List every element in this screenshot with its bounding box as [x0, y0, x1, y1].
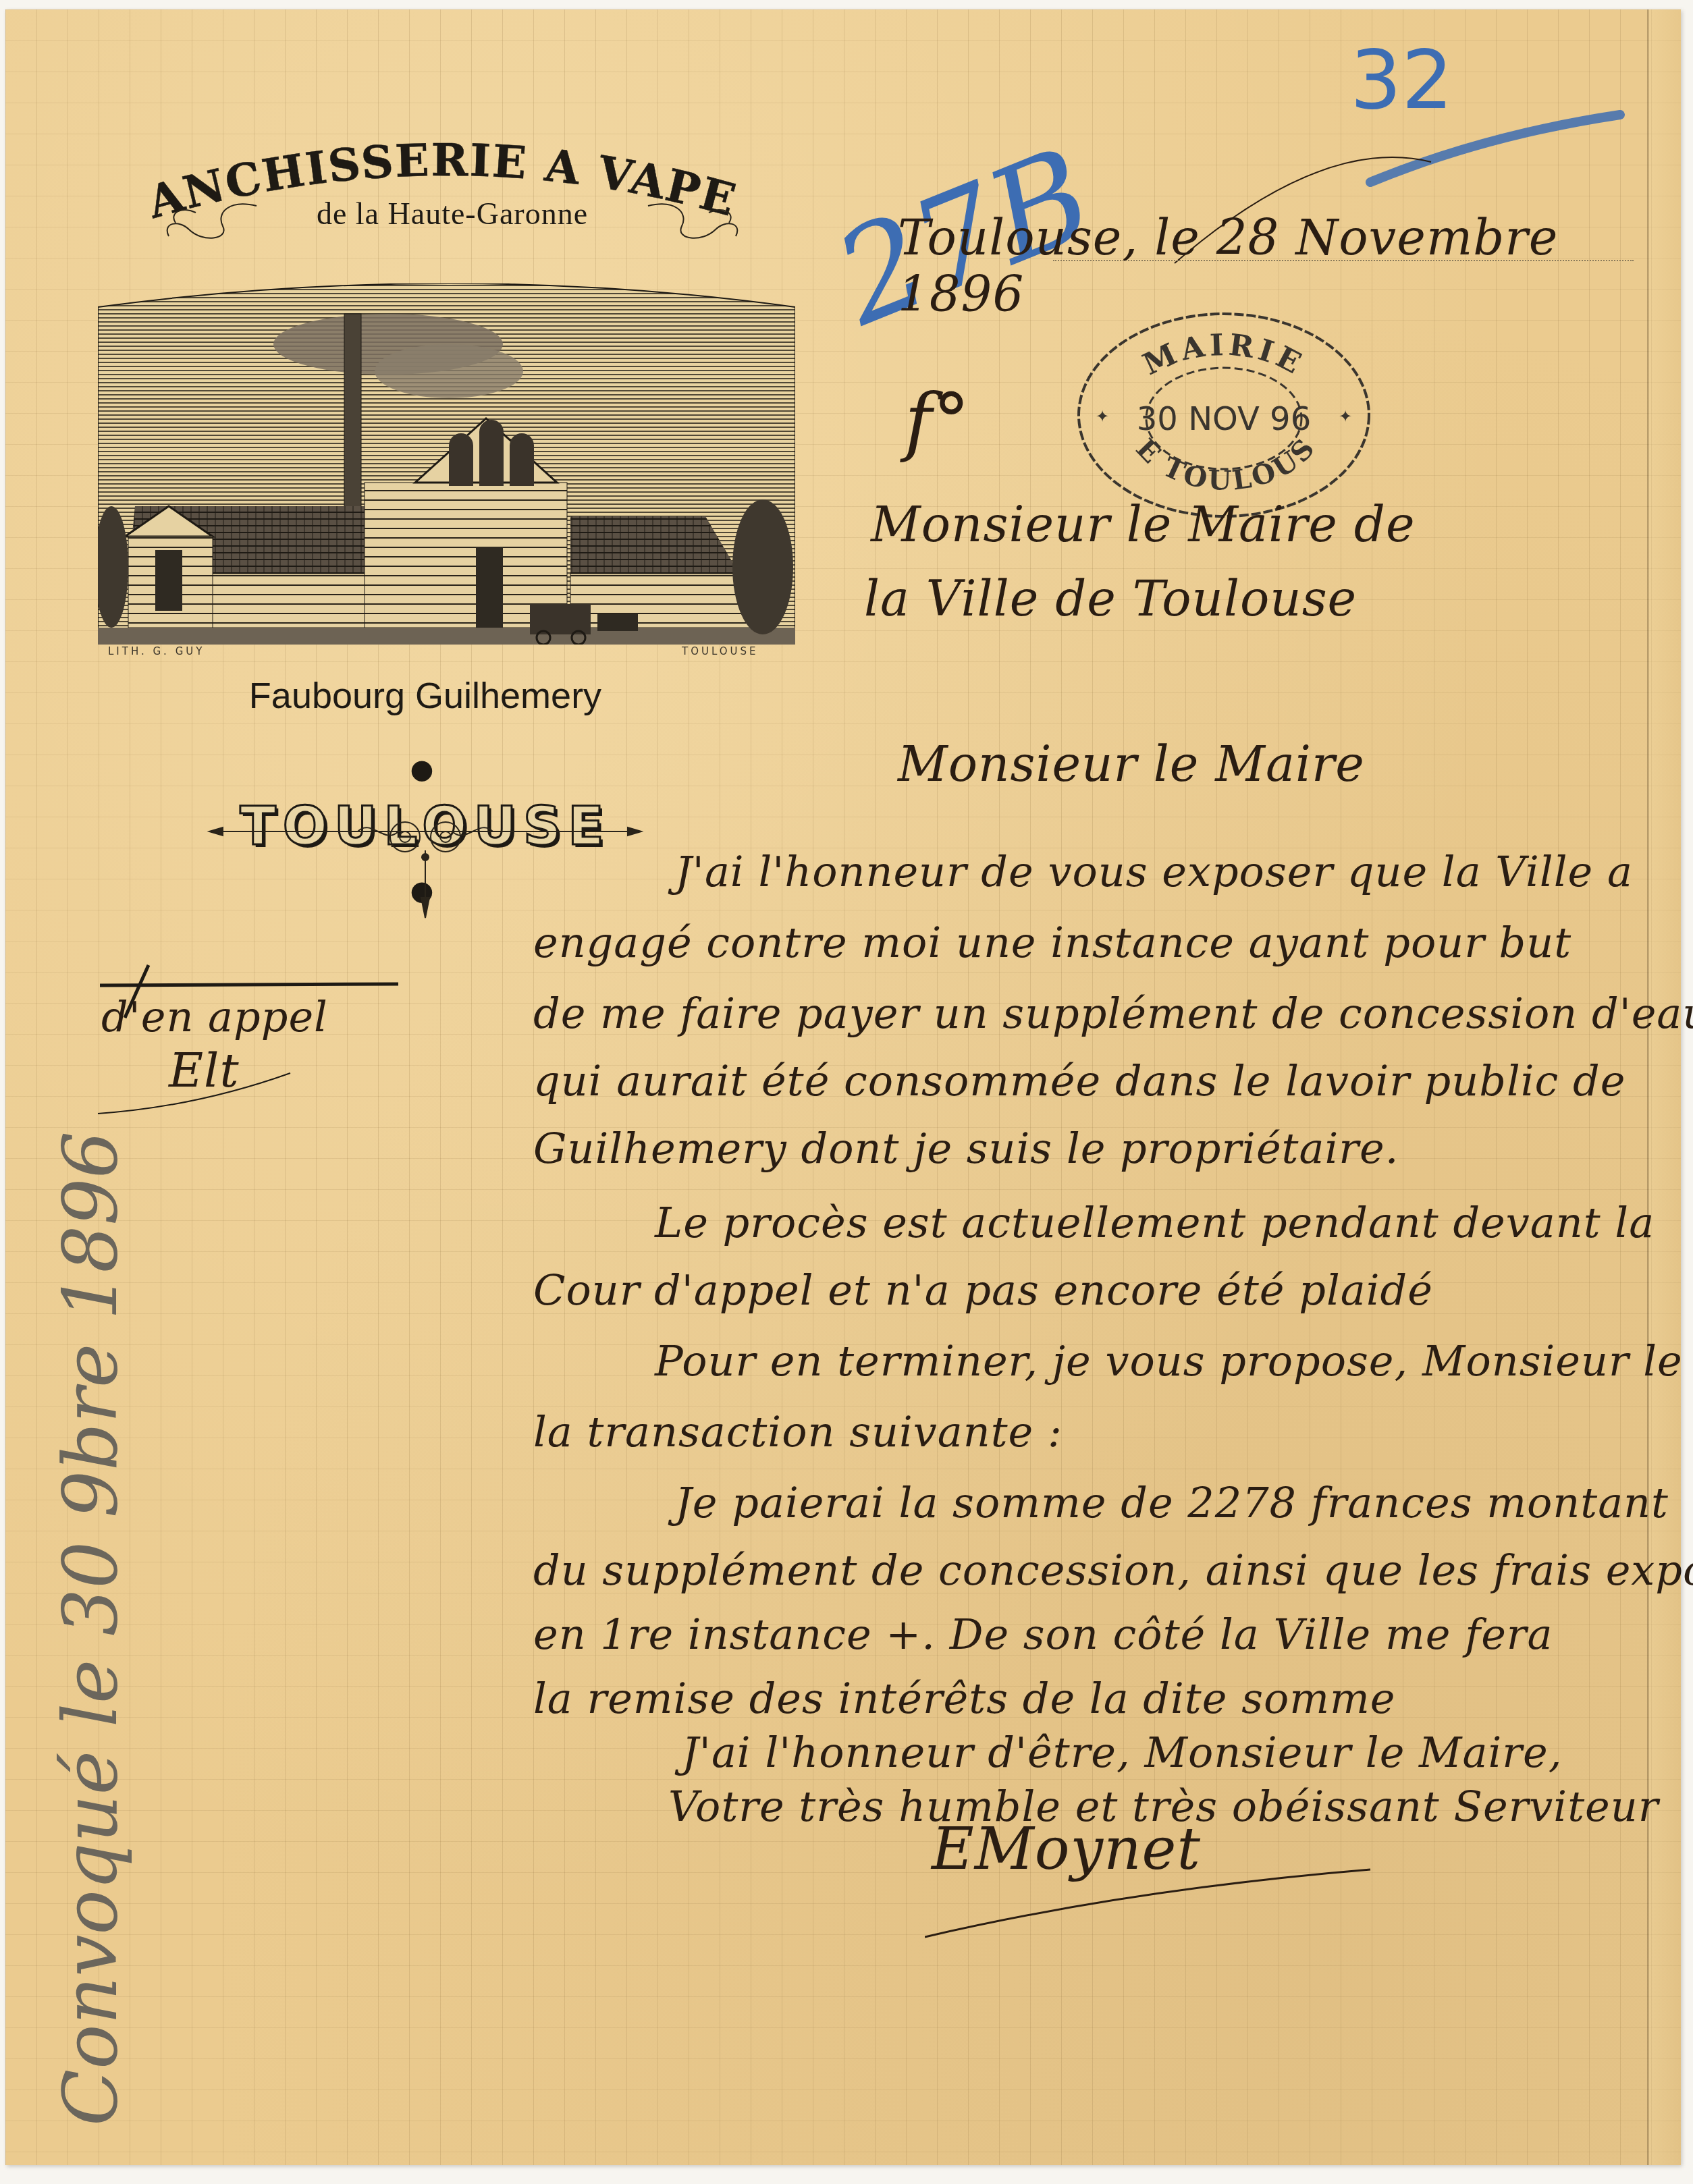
addressee-line-1: Monsieur le Maire de — [871, 496, 1416, 553]
body-line: Le procès est actuellement pendant devan… — [655, 1198, 1655, 1247]
factory-engraving — [98, 283, 795, 645]
body-line: Cour d'appel et n'a pas encore été plaid… — [533, 1265, 1433, 1315]
addressee-line-2: la Ville de Toulouse — [864, 570, 1357, 627]
salutation: Monsieur le Maire — [898, 736, 1365, 792]
svg-text:✦: ✦ — [1096, 407, 1109, 426]
vertical-pencil-note: Convoqué le 30 9bre 1896 — [47, 1131, 134, 2126]
company-subtitle: de la Haute-Garonne — [243, 196, 662, 231]
paper-fold-edge — [1647, 9, 1681, 2165]
letter-date: Toulouse, le 28 Novembre 1896 — [898, 209, 1693, 323]
margin-note: d'en appel — [101, 992, 328, 1041]
body-line: J'ai l'honneur d'être, Monsieur le Maire… — [682, 1728, 1562, 1777]
bullet-icon: ● — [410, 754, 441, 785]
engraving-credit-left: LITH. G. GUY — [108, 645, 205, 657]
body-line: du supplément de concession, ainsi que l… — [533, 1546, 1693, 1595]
body-line: Pour en terminer, je vous propose, Monsi… — [655, 1336, 1693, 1386]
flourish-right-icon — [641, 192, 749, 246]
stamp-top-text: MAIRIE — [1137, 327, 1310, 382]
body-line: engagé contre moi une instance ayant pou… — [533, 918, 1571, 967]
body-line: la transaction suivante : — [533, 1407, 1063, 1456]
svg-text:MAIRIE: MAIRIE — [1137, 327, 1310, 382]
body-line: de me faire payer un supplément de conce… — [533, 989, 1693, 1038]
initials-underline-icon — [95, 1066, 297, 1120]
folio-mark: f° — [905, 378, 971, 464]
body-line: Guilhemery dont je suis le propriétaire. — [533, 1124, 1399, 1173]
flourish-left-icon — [155, 192, 263, 246]
ornament-divider-icon — [203, 817, 648, 925]
body-line: la remise des intérêts de la dite somme — [533, 1674, 1396, 1723]
engraving-credit-right: TOULOUSE — [682, 645, 759, 657]
body-line: qui aurait été consommée dans le lavoir … — [533, 1056, 1625, 1105]
body-line: J'ai l'honneur de vous exposer que la Vi… — [675, 847, 1633, 896]
body-line: Je paierai la somme de 2278 frances mont… — [675, 1478, 1669, 1527]
mairie-stamp: MAIRIE 30 NOV 96 DE TOULOUSE ✦ ✦ — [1070, 307, 1377, 523]
letterhead-address: Faubourg Guilhemery — [203, 675, 648, 717]
stamp-date: 30 NOV 96 — [1137, 400, 1311, 438]
signature-underline-icon — [925, 1863, 1397, 1944]
date-dotted-rule — [1053, 260, 1634, 261]
body-line: en 1re instance +. De son côté la Ville … — [533, 1610, 1553, 1659]
svg-text:✦: ✦ — [1339, 407, 1352, 426]
